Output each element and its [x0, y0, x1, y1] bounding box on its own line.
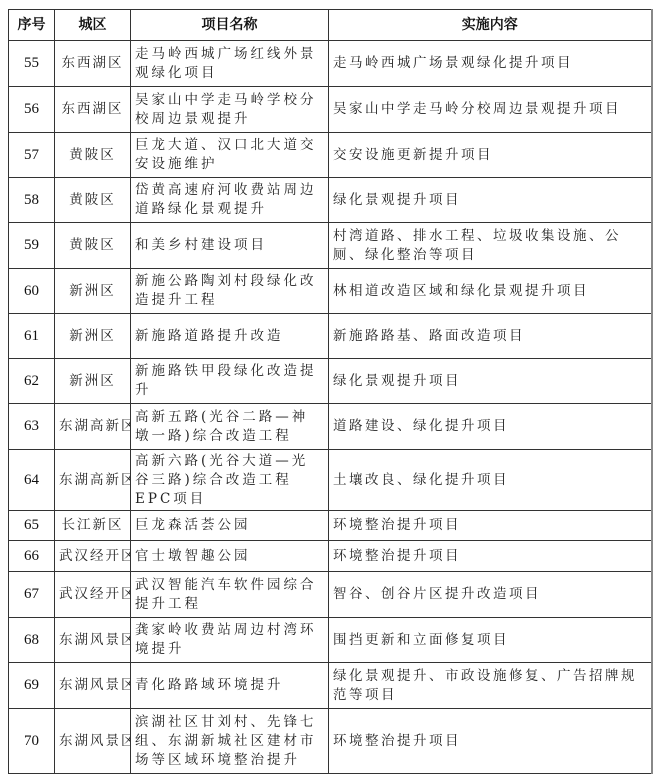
- table-row: 70 东湖风景区 滨湖社区甘刘村、先锋七组、东湖新城社区建材市场等区域环境整治提…: [9, 709, 652, 774]
- cell-district: 黄陂区: [55, 223, 131, 269]
- cell-content: 围挡更新和立面修复项目: [329, 618, 652, 663]
- cell-content: 环境整治提升项目: [329, 511, 652, 541]
- cell-district: 长江新区: [55, 511, 131, 541]
- cell-district: 黄陂区: [55, 178, 131, 223]
- cell-no: 63: [9, 404, 55, 450]
- cell-no: 58: [9, 178, 55, 223]
- table-row: 58 黄陂区 岱黄高速府河收费站周边道路绿化景观提升 绿化景观提升项目: [9, 178, 652, 223]
- project-table: 序号 城区 项目名称 实施内容 55 东西湖区 走马岭西城广场红线外景观绿化项目…: [8, 9, 653, 774]
- cell-no: 65: [9, 511, 55, 541]
- cell-content: 绿化景观提升项目: [329, 178, 652, 223]
- cell-project-name: 走马岭西城广场红线外景观绿化项目: [131, 41, 329, 87]
- cell-no: 66: [9, 541, 55, 572]
- cell-no: 70: [9, 709, 55, 774]
- cell-district: 东湖风景区: [55, 663, 131, 709]
- table-row: 59 黄陂区 和美乡村建设项目 村湾道路、排水工程、垃圾收集设施、公厕、绿化整治…: [9, 223, 652, 269]
- cell-district: 黄陂区: [55, 133, 131, 178]
- cell-no: 68: [9, 618, 55, 663]
- cell-project-name: 青化路路域环境提升: [131, 663, 329, 709]
- cell-project-name: 滨湖社区甘刘村、先锋七组、东湖新城社区建材市场等区域环境整治提升: [131, 709, 329, 774]
- header-content: 实施内容: [329, 10, 652, 41]
- cell-district: 东湖风景区: [55, 618, 131, 663]
- cell-content: 林相道改造区域和绿化景观提升项目: [329, 269, 652, 314]
- cell-project-name: 巨龙大道、汉口北大道交安设施维护: [131, 133, 329, 178]
- cell-district: 新洲区: [55, 314, 131, 359]
- cell-district: 东西湖区: [55, 87, 131, 133]
- table-row: 56 东西湖区 吴家山中学走马岭学校分校周边景观提升 吴家山中学走马岭分校周边景…: [9, 87, 652, 133]
- header-project-name: 项目名称: [131, 10, 329, 41]
- table-row: 61 新洲区 新施路道路提升改造 新施路路基、路面改造项目: [9, 314, 652, 359]
- cell-project-name: 巨龙森活荟公园: [131, 511, 329, 541]
- cell-no: 59: [9, 223, 55, 269]
- table-row: 69 东湖风景区 青化路路域环境提升 绿化景观提升、市政设施修复、广告招牌规范等…: [9, 663, 652, 709]
- table-row: 57 黄陂区 巨龙大道、汉口北大道交安设施维护 交安设施更新提升项目: [9, 133, 652, 178]
- cell-content: 村湾道路、排水工程、垃圾收集设施、公厕、绿化整治等项目: [329, 223, 652, 269]
- cell-project-name: 官士墩智趣公园: [131, 541, 329, 572]
- cell-no: 64: [9, 450, 55, 511]
- table-row: 55 东西湖区 走马岭西城广场红线外景观绿化项目 走马岭西城广场景观绿化提升项目: [9, 41, 652, 87]
- cell-project-name: 新施公路陶刘村段绿化改造提升工程: [131, 269, 329, 314]
- header-district: 城区: [55, 10, 131, 41]
- cell-content: 环境整治提升项目: [329, 709, 652, 774]
- table-header: 序号 城区 项目名称 实施内容: [9, 10, 652, 41]
- cell-project-name: 武汉智能汽车软件园综合提升工程: [131, 572, 329, 618]
- table-row: 67 武汉经开区 武汉智能汽车软件园综合提升工程 智谷、创谷片区提升改造项目: [9, 572, 652, 618]
- cell-no: 56: [9, 87, 55, 133]
- cell-project-name: 岱黄高速府河收费站周边道路绿化景观提升: [131, 178, 329, 223]
- cell-district: 新洲区: [55, 269, 131, 314]
- cell-project-name: 高新六路(光谷大道—光谷三路)综合改造工程EPC项目: [131, 450, 329, 511]
- cell-no: 57: [9, 133, 55, 178]
- cell-content: 交安设施更新提升项目: [329, 133, 652, 178]
- cell-no: 69: [9, 663, 55, 709]
- header-row: 序号 城区 项目名称 实施内容: [9, 10, 652, 41]
- table-row: 68 东湖风景区 龚家岭收费站周边村湾环境提升 围挡更新和立面修复项目: [9, 618, 652, 663]
- cell-district: 新洲区: [55, 359, 131, 404]
- cell-district: 武汉经开区: [55, 572, 131, 618]
- cell-district: 武汉经开区: [55, 541, 131, 572]
- table-row: 66 武汉经开区 官士墩智趣公园 环境整治提升项目: [9, 541, 652, 572]
- cell-content: 走马岭西城广场景观绿化提升项目: [329, 41, 652, 87]
- cell-project-name: 和美乡村建设项目: [131, 223, 329, 269]
- table-row: 64 东湖高新区 高新六路(光谷大道—光谷三路)综合改造工程EPC项目 土壤改良…: [9, 450, 652, 511]
- cell-no: 61: [9, 314, 55, 359]
- table-row: 60 新洲区 新施公路陶刘村段绿化改造提升工程 林相道改造区域和绿化景观提升项目: [9, 269, 652, 314]
- table-row: 62 新洲区 新施路铁甲段绿化改造提升 绿化景观提升项目: [9, 359, 652, 404]
- cell-content: 环境整治提升项目: [329, 541, 652, 572]
- table-row: 63 东湖高新区 高新五路(光谷二路—神墩一路)综合改造工程 道路建设、绿化提升…: [9, 404, 652, 450]
- cell-project-name: 龚家岭收费站周边村湾环境提升: [131, 618, 329, 663]
- cell-content: 绿化景观提升项目: [329, 359, 652, 404]
- cell-content: 智谷、创谷片区提升改造项目: [329, 572, 652, 618]
- cell-project-name: 新施路道路提升改造: [131, 314, 329, 359]
- table-row: 65 长江新区 巨龙森活荟公园 环境整治提升项目: [9, 511, 652, 541]
- cell-content: 土壤改良、绿化提升项目: [329, 450, 652, 511]
- cell-project-name: 高新五路(光谷二路—神墩一路)综合改造工程: [131, 404, 329, 450]
- cell-no: 60: [9, 269, 55, 314]
- header-no: 序号: [9, 10, 55, 41]
- cell-project-name: 吴家山中学走马岭学校分校周边景观提升: [131, 87, 329, 133]
- cell-district: 东西湖区: [55, 41, 131, 87]
- cell-project-name: 新施路铁甲段绿化改造提升: [131, 359, 329, 404]
- cell-no: 62: [9, 359, 55, 404]
- cell-district: 东湖风景区: [55, 709, 131, 774]
- cell-district: 东湖高新区: [55, 404, 131, 450]
- cell-district: 东湖高新区: [55, 450, 131, 511]
- cell-content: 道路建设、绿化提升项目: [329, 404, 652, 450]
- cell-content: 绿化景观提升、市政设施修复、广告招牌规范等项目: [329, 663, 652, 709]
- table-body: 55 东西湖区 走马岭西城广场红线外景观绿化项目 走马岭西城广场景观绿化提升项目…: [9, 41, 652, 774]
- cell-content: 吴家山中学走马岭分校周边景观提升项目: [329, 87, 652, 133]
- cell-content: 新施路路基、路面改造项目: [329, 314, 652, 359]
- cell-no: 67: [9, 572, 55, 618]
- cell-no: 55: [9, 41, 55, 87]
